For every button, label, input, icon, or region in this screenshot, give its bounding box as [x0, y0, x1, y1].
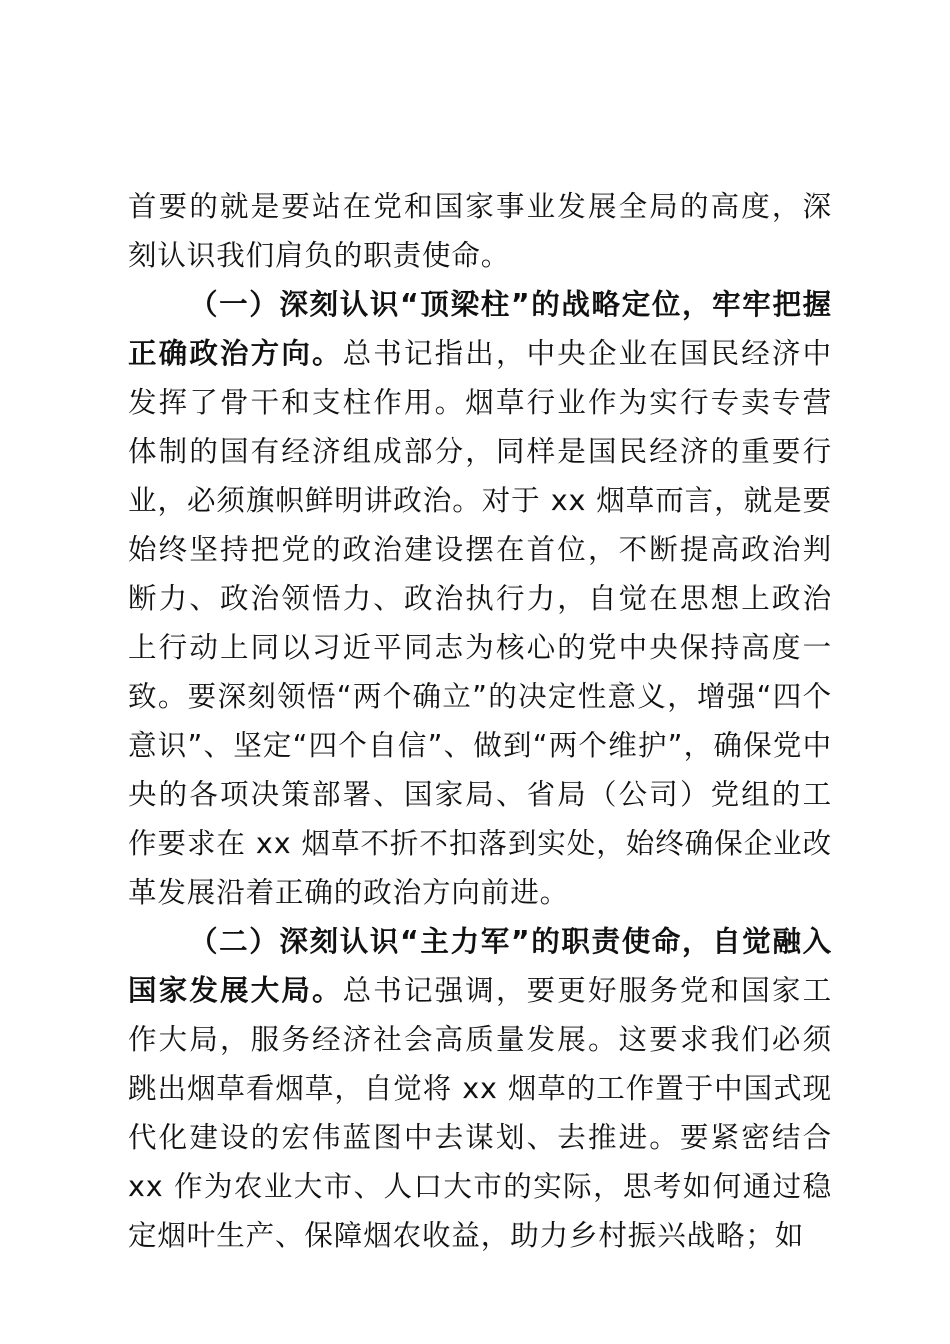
paragraph-text: 总书记强调，要更好服务党和国家工作大局，服务经济社会高质量发展。这要求我们必须跳… — [128, 974, 832, 1252]
paragraph-text: 首要的就是要站在党和国家事业发展全局的高度，深刻认识我们肩负的职责使命。 — [128, 190, 832, 272]
document-body: 首要的就是要站在党和国家事业发展全局的高度，深刻认识我们肩负的职责使命。 （一）… — [128, 182, 832, 1260]
paragraph-section-1: （一）深刻认识“顶梁柱”的战略定位，牢牢把握正确政治方向。总书记指出，中央企业在… — [128, 280, 832, 917]
document-page: 首要的就是要站在党和国家事业发展全局的高度，深刻认识我们肩负的职责使命。 （一）… — [0, 0, 950, 1344]
paragraph-section-2: （二）深刻认识“主力军”的职责使命，自觉融入国家发展大局。总书记强调，要更好服务… — [128, 917, 832, 1260]
paragraph-intro-tail: 首要的就是要站在党和国家事业发展全局的高度，深刻认识我们肩负的职责使命。 — [128, 182, 832, 280]
paragraph-text: 总书记指出，中央企业在国民经济中发挥了骨干和支柱作用。烟草行业作为实行专卖专营体… — [128, 337, 832, 909]
